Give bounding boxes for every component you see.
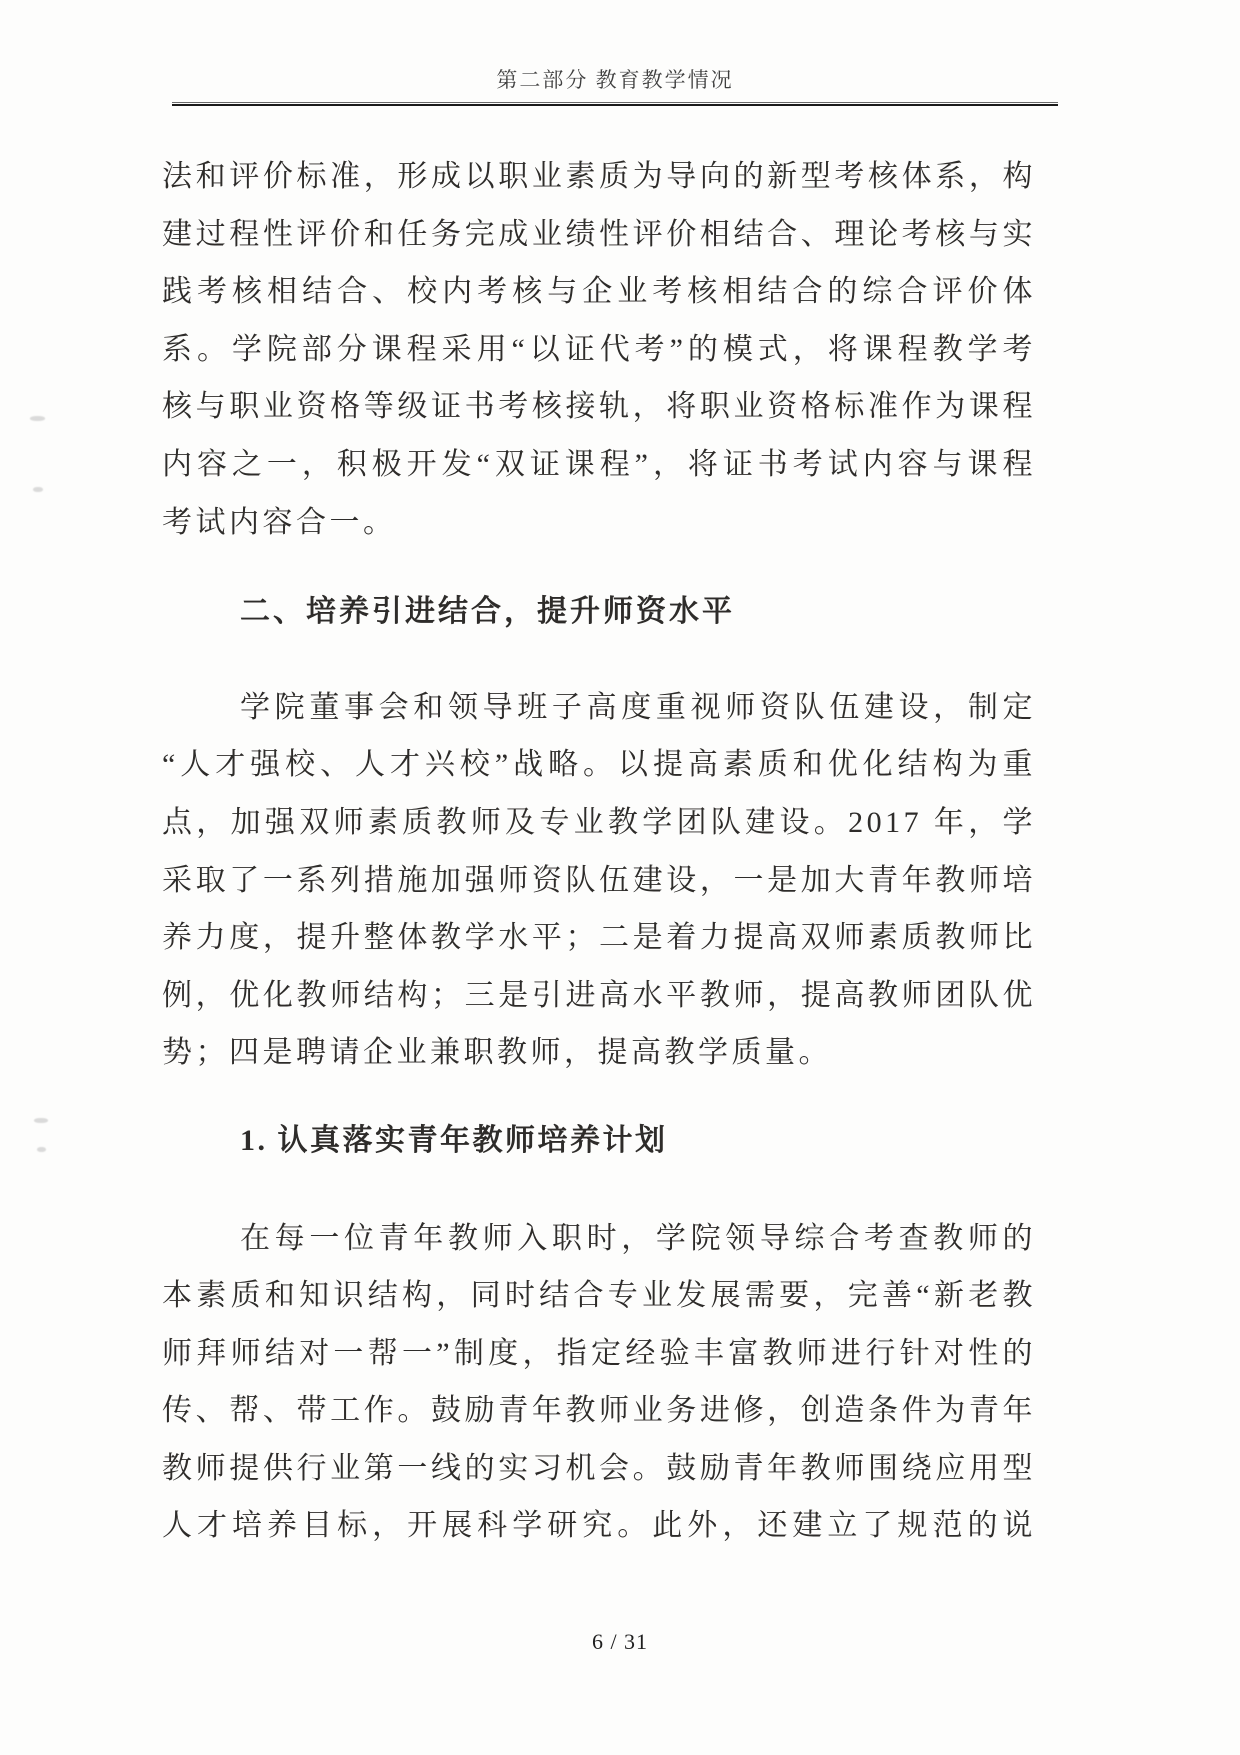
text-line: 核与职业资格等级证书考核接轨，将职业资格标准作为课程 (162, 378, 1036, 436)
scan-artifact (33, 487, 43, 492)
page-number: 6 / 31 (0, 1629, 1240, 1655)
text-line: 在每一位青年教师入职时，学院领导综合考查教师的基 (162, 1210, 1036, 1268)
text-line: 采取了一系列措施加强师资队伍建设，一是加大青年教师培 (162, 852, 1036, 910)
text-line: 践考核相结合、校内考核与企业考核相结合的综合评价体 (162, 263, 1036, 321)
section-heading: 二、培养引进结合，提升师资水平 (162, 583, 1036, 641)
text-line: 人才培养目标，开展科学研究。此外，还建立了规范的说课、 (162, 1497, 1036, 1555)
paragraph: 法和评价标准，形成以职业素质为导向的新型考核体系，构 建过程性评价和任务完成业绩… (162, 148, 1036, 551)
text-line: 内容之一，积极开发“双证课程”，将证书考试内容与课程 (162, 436, 1036, 494)
body-text-column: 法和评价标准，形成以职业素质为导向的新型考核体系，构 建过程性评价和任务完成业绩… (162, 148, 1036, 1555)
text-line: 学院董事会和领导班子高度重视师资队伍建设，制定了 (162, 679, 1036, 737)
scan-artifact (30, 416, 45, 421)
text-line: “人才强校、人才兴校”战略。以提高素质和优化结构为重 (162, 736, 1036, 794)
text-line: 教师提供行业第一线的实习机会。鼓励青年教师围绕应用型 (162, 1440, 1036, 1498)
text-line: 建过程性评价和任务完成业绩性评价相结合、理论考核与实 (162, 206, 1036, 264)
header-rule (172, 102, 1058, 106)
document-page: 第二部分 教育教学情况 法和评价标准，形成以职业素质为导向的新型考核体系，构 建… (0, 0, 1240, 1755)
text-line: 师拜师结对一帮一”制度，指定经验丰富教师进行针对性的 (162, 1325, 1036, 1383)
running-header: 第二部分 教育教学情况 (172, 64, 1058, 94)
scan-artifact (37, 1147, 46, 1152)
text-line: 养力度，提升整体教学水平；二是着力提高双师素质教师比 (162, 909, 1036, 967)
text-line: 考试内容合一。 (162, 494, 1036, 552)
scan-artifact (34, 1118, 48, 1123)
text-line: 例，优化教师结构；三是引进高水平教师，提高教师团队优 (162, 967, 1036, 1025)
text-line: 法和评价标准，形成以职业素质为导向的新型考核体系，构 (162, 148, 1036, 206)
text-line: 势；四是聘请企业兼职教师，提高教学质量。 (162, 1024, 1036, 1082)
paragraph: 在每一位青年教师入职时，学院领导综合考查教师的基 本素质和知识结构，同时结合专业… (162, 1210, 1036, 1556)
text-line: 传、帮、带工作。鼓励青年教师业务进修，创造条件为青年 (162, 1382, 1036, 1440)
text-line: 点，加强双师素质教师及专业教学团队建设。2017 年，学院 (162, 794, 1036, 852)
paragraph: 学院董事会和领导班子高度重视师资队伍建设，制定了 “人才强校、人才兴校”战略。以… (162, 679, 1036, 1082)
subsection-heading: 1. 认真落实青年教师培养计划 (162, 1112, 1036, 1170)
text-line: 本素质和知识结构，同时结合专业发展需要，完善“新老教 (162, 1267, 1036, 1325)
text-line: 系。学院部分课程采用“以证代考”的模式，将课程教学考 (162, 321, 1036, 379)
